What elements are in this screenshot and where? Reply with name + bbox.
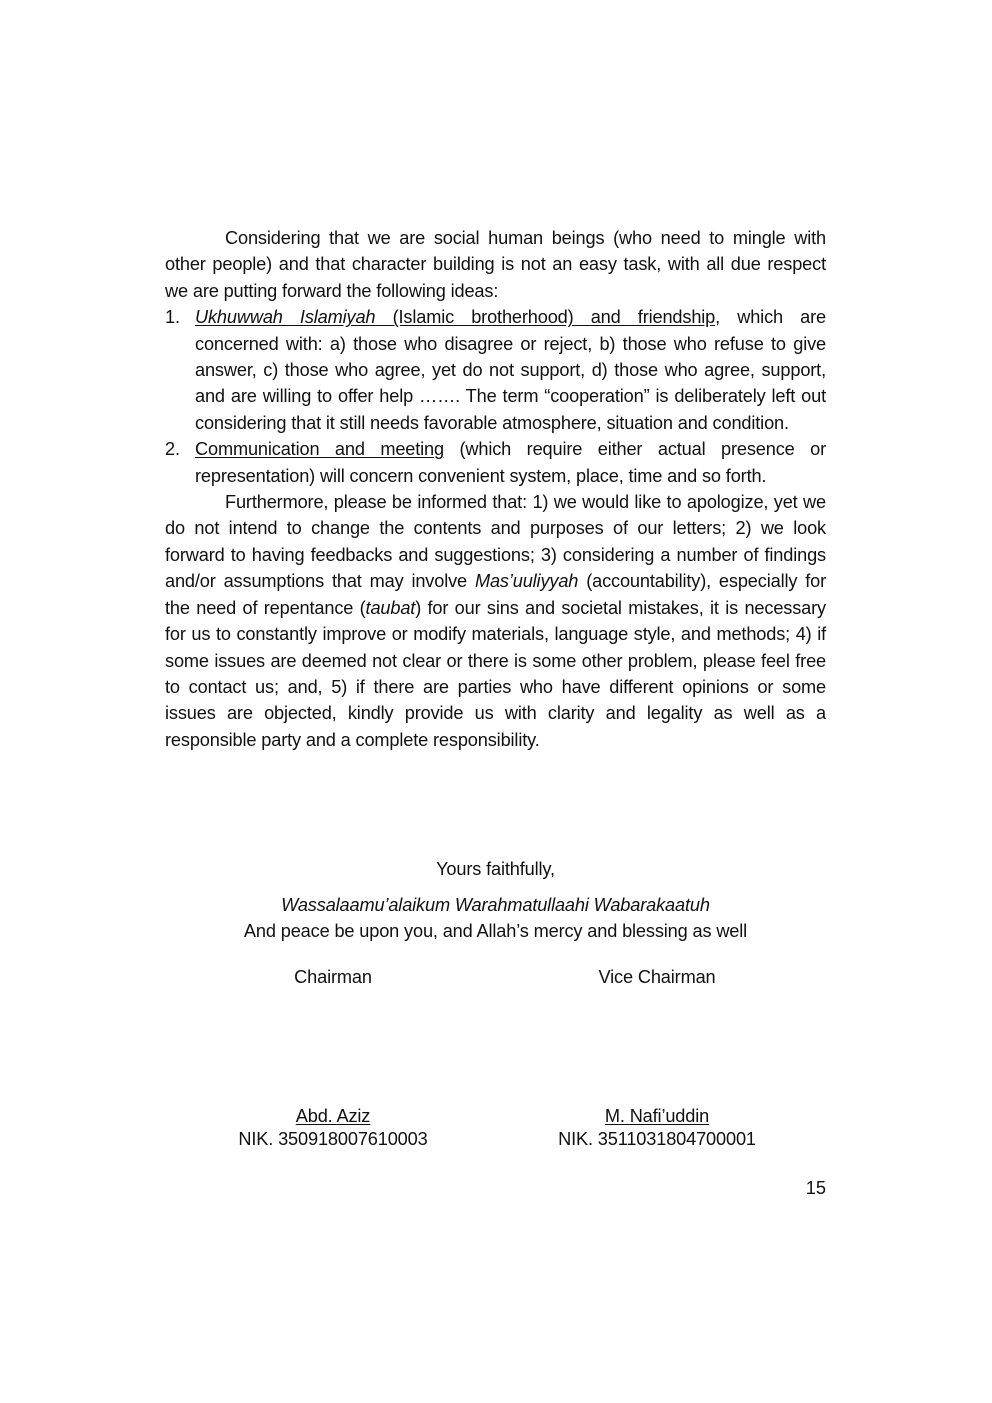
signatory-name: Abd. Aziz [193,1105,473,1128]
letter-body: Considering that we are social human bei… [165,225,826,753]
idea-item-1: 1.Ukhuwwah Islamiyah (Islamic brotherhoo… [165,304,826,436]
signatory-name: M. Nafi’uddin [517,1105,797,1128]
idea-number: 1. [165,304,180,330]
ideas-list: 1.Ukhuwwah Islamiyah (Islamic brotherhoo… [165,304,826,489]
term-taubat: taubat [366,598,416,618]
idea-title: Communication and meeting [195,439,444,459]
signatory-nik: NIK. 350918007610003 [193,1128,473,1151]
signature-vice-chairman: Vice Chairman M. Nafi’uddin NIK. 3511031… [517,966,797,1156]
idea-title-italic: Ukhuwwah Islamiyah [195,307,375,327]
closing-yours-faithfully: Yours faithfully, [165,856,826,882]
signatory-title: Vice Chairman [517,966,797,989]
document-page: Considering that we are social human bei… [0,0,992,1403]
signatory-title: Chairman [193,966,473,989]
idea-number: 2. [165,436,180,462]
furthermore-paragraph: Furthermore, please be informed that: 1)… [165,489,826,753]
furthermore-part3: ) for our sins and societal mistakes, it… [165,598,826,750]
page-number: 15 [780,1176,826,1200]
closing-salam: Wassalaamu’alaikum Warahmatullaahi Wabar… [165,892,826,918]
idea-title-rest: (Islamic brotherhood) and friendship [375,307,715,327]
signature-chairman: Chairman Abd. Aziz NIK. 350918007610003 [193,966,473,1156]
closing-peace-translation: And peace be upon you, and Allah’s mercy… [165,918,826,944]
intro-paragraph: Considering that we are social human bei… [165,225,826,304]
idea-item-2: 2.Communication and meeting (which requi… [165,436,826,489]
idea-title: Ukhuwwah Islamiyah (Islamic brotherhood)… [195,307,715,327]
signatory-nik: NIK. 3511031804700001 [517,1128,797,1151]
term-masuuliyyah: Mas’uuliyyah [475,571,578,591]
